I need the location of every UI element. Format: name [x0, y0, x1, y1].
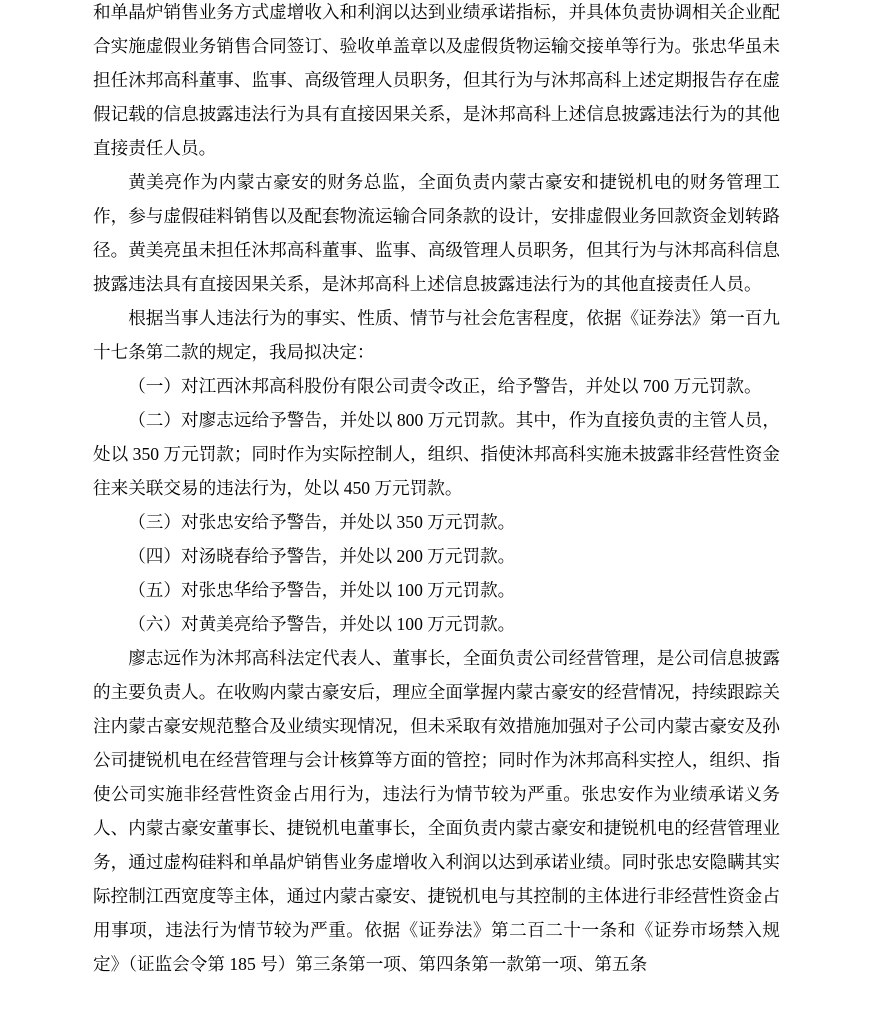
paragraph: （一）对江西沐邦高科股份有限公司责令改正，给予警告，并处以 700 万元罚款。	[93, 369, 780, 403]
paragraph: 根据当事人违法行为的事实、性质、情节与社会危害程度，依据《证券法》第一百九十七条…	[93, 301, 780, 369]
paragraph: 黄美亮作为内蒙古豪安的财务总监，全面负责内蒙古豪安和捷锐机电的财务管理工作，参与…	[93, 165, 780, 301]
document-page: 和单晶炉销售业务方式虚增收入和利润以达到业绩承诺指标，并具体负责协调相关企业配合…	[0, 0, 871, 1015]
paragraph: （二）对廖志远给予警告，并处以 800 万元罚款。其中，作为直接负责的主管人员，…	[93, 403, 780, 505]
document-body: 和单晶炉销售业务方式虚增收入和利润以达到业绩承诺指标，并具体负责协调相关企业配合…	[93, 0, 780, 981]
paragraph: （六）对黄美亮给予警告，并处以 100 万元罚款。	[93, 607, 780, 641]
paragraph: 廖志远作为沐邦高科法定代表人、董事长，全面负责公司经营管理，是公司信息披露的主要…	[93, 641, 780, 981]
paragraph: （五）对张忠华给予警告，并处以 100 万元罚款。	[93, 573, 780, 607]
paragraph: 和单晶炉销售业务方式虚增收入和利润以达到业绩承诺指标，并具体负责协调相关企业配合…	[93, 0, 780, 165]
paragraph: （三）对张忠安给予警告，并处以 350 万元罚款。	[93, 505, 780, 539]
paragraph: （四）对汤晓春给予警告，并处以 200 万元罚款。	[93, 539, 780, 573]
